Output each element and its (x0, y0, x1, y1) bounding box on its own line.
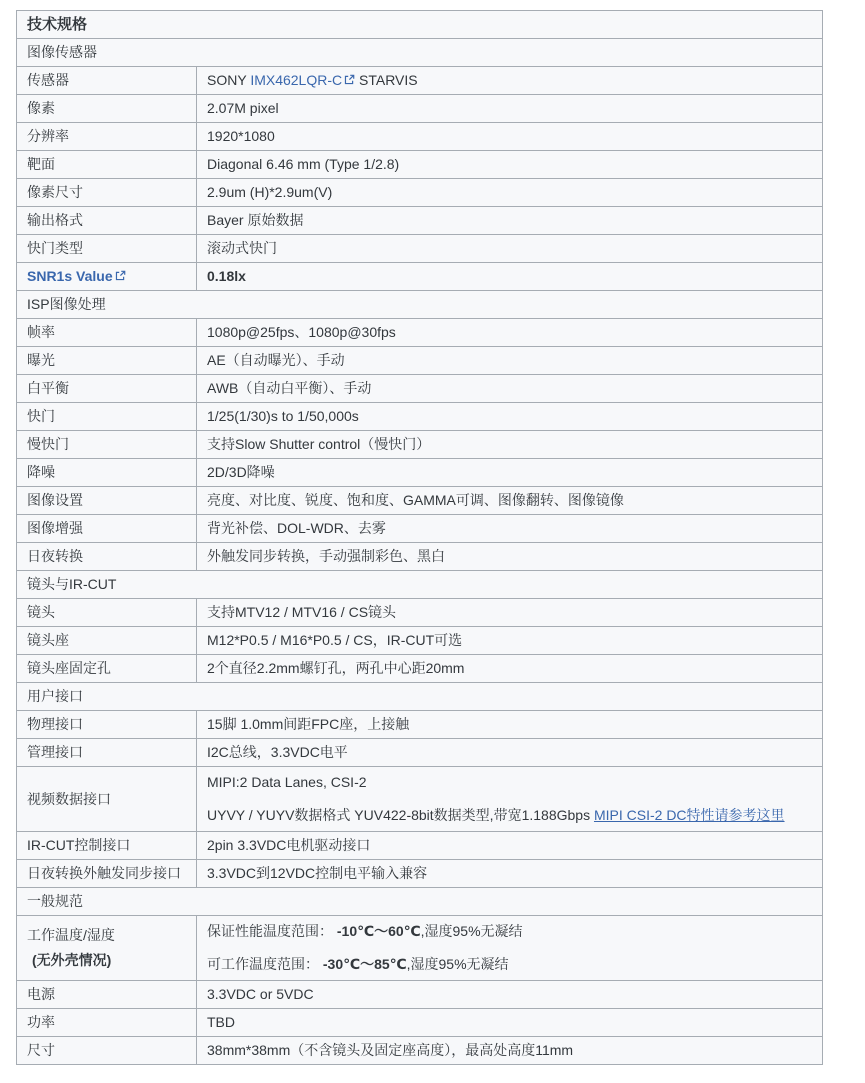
spec-label: 图像增强 (27, 518, 186, 539)
spec-value-cell: 支持MTV12 / MTV16 / CS镜头 (197, 599, 823, 627)
value-text: -10℃～60℃ (337, 923, 421, 939)
value-text: 0.18lx (207, 268, 246, 284)
spec-value-cell: I2C总线，3.3VDC电平 (197, 739, 823, 767)
value-text: 2.9um (H)*2.9um(V) (207, 184, 332, 200)
spec-table-body: 技术规格图像传感器传感器SONY IMX462LQR-C STARVIS像素2.… (17, 11, 823, 1065)
section-header: 图像传感器 (17, 39, 823, 67)
value-line: SONY IMX462LQR-C STARVIS (207, 70, 812, 91)
spec-value-cell: 1/25(1/30)s to 1/50,000s (197, 403, 823, 431)
spec-row: 像素尺寸2.9um (H)*2.9um(V) (17, 179, 823, 207)
external-link-icon (115, 264, 126, 285)
spec-value-cell: 2个直径2.2mm螺钉孔，两孔中心距20mm (197, 655, 823, 683)
spec-label-cell: 图像设置 (17, 487, 197, 515)
value-line: UYVY / YUYV数据格式 YUV422-8bit数据类型,带宽1.188G… (207, 805, 812, 826)
spec-label: 镜头座 (27, 630, 186, 651)
spec-value-cell: AWB（自动白平衡）、手动 (197, 375, 823, 403)
spec-label-link[interactable]: SNR1s Value (27, 268, 126, 284)
spec-label: 镜头座固定孔 (27, 658, 186, 679)
spec-value-cell: SONY IMX462LQR-C STARVIS (197, 67, 823, 95)
value-text: 可工作温度范围： (207, 956, 323, 972)
spec-value-cell: 3.3VDC到12VDC控制电平输入兼容 (197, 860, 823, 888)
spec-value-cell: 15脚 1.0mm间距FPC座，上接触 (197, 711, 823, 739)
section-row: ISP图像处理 (17, 291, 823, 319)
spec-label: 靶面 (27, 154, 186, 175)
spec-value-cell: M12*P0.5 / M16*P0.5 / CS，IR-CUT可选 (197, 627, 823, 655)
value-text: 1080p@25fps、1080p@30fps (207, 324, 396, 340)
value-line: 1/25(1/30)s to 1/50,000s (207, 406, 812, 427)
spec-row: 功率TBD (17, 1009, 823, 1037)
value-line: Bayer 原始数据 (207, 210, 812, 231)
spec-value-cell: 2pin 3.3VDC电机驱动接口 (197, 832, 823, 860)
value-line: 2.9um (H)*2.9um(V) (207, 182, 812, 203)
spec-row: 传感器SONY IMX462LQR-C STARVIS (17, 67, 823, 95)
spec-label-cell: 镜头座 (17, 627, 197, 655)
value-text: ,湿度95%无凝结 (407, 956, 509, 972)
spec-row: 视频数据接口MIPI:2 Data Lanes, CSI-2UYVY / YUY… (17, 767, 823, 832)
spec-label-cell: 靶面 (17, 151, 197, 179)
spec-row: SNR1s Value0.18lx (17, 263, 823, 291)
spec-row: IR-CUT控制接口2pin 3.3VDC电机驱动接口 (17, 832, 823, 860)
value-text: Bayer 原始数据 (207, 212, 303, 228)
value-text: STARVIS (355, 72, 418, 88)
spec-label: 尺寸 (27, 1040, 186, 1061)
spec-row: 降噪2D/3D降噪 (17, 459, 823, 487)
value-line: 支持Slow Shutter control（慢快门） (207, 434, 812, 455)
value-line: 38mm*38mm（不含镜头及固定座高度），最高处高度11mm (207, 1040, 812, 1061)
spec-label-cell: 帧率 (17, 319, 197, 347)
value-text: -30℃～85℃ (323, 956, 407, 972)
spec-label-cell: SNR1s Value (17, 263, 197, 291)
section-row: 图像传感器 (17, 39, 823, 67)
value-line: I2C总线，3.3VDC电平 (207, 742, 812, 763)
value-line: 支持MTV12 / MTV16 / CS镜头 (207, 602, 812, 623)
value-text: 1920*1080 (207, 128, 275, 144)
spec-row: 尺寸38mm*38mm（不含镜头及固定座高度），最高处高度11mm (17, 1037, 823, 1065)
value-line: 2.07M pixel (207, 98, 812, 119)
spec-row: 管理接口I2C总线，3.3VDC电平 (17, 739, 823, 767)
spec-label-cell: 电源 (17, 981, 197, 1009)
section-header: 镜头与IR-CUT (17, 571, 823, 599)
value-text: 滚动式快门 (207, 240, 277, 256)
spec-row: 曝光AE（自动曝光）、手动 (17, 347, 823, 375)
value-line: 2pin 3.3VDC电机驱动接口 (207, 835, 812, 856)
spec-value-cell: 1080p@25fps、1080p@30fps (197, 319, 823, 347)
spec-label: 输出格式 (27, 210, 186, 231)
spec-label: 物理接口 (27, 714, 186, 735)
spec-row: 电源3.3VDC or 5VDC (17, 981, 823, 1009)
spec-label: 视频数据接口 (27, 789, 186, 810)
section-row: 镜头与IR-CUT (17, 571, 823, 599)
value-line: Diagonal 6.46 mm (Type 1/2.8) (207, 154, 812, 175)
spec-label-cell: 快门 (17, 403, 197, 431)
spec-value-cell: 0.18lx (197, 263, 823, 291)
value-text: SONY (207, 72, 250, 88)
spec-value-cell: Diagonal 6.46 mm (Type 1/2.8) (197, 151, 823, 179)
spec-label: 分辨率 (27, 126, 186, 147)
section-header: 用户接口 (17, 683, 823, 711)
value-text: MIPI:2 Data Lanes, CSI-2 (207, 774, 367, 790)
spec-label: 日夜转换 (27, 546, 186, 567)
spec-label-cell: 日夜转换 (17, 543, 197, 571)
spec-label: 工作温度/湿度 (27, 925, 186, 946)
spec-label: 电源 (27, 984, 186, 1005)
value-line: 3.3VDC or 5VDC (207, 984, 812, 1005)
spec-label: 像素尺寸 (27, 182, 186, 203)
value-text: 背光补偿、DOL-WDR、去雾 (207, 520, 386, 536)
value-text: Diagonal 6.46 mm (Type 1/2.8) (207, 156, 399, 172)
spec-row: 日夜转换外触发同步转换，手动强制彩色、黑白 (17, 543, 823, 571)
spec-label-cell: 日夜转换外触发同步接口 (17, 860, 197, 888)
link-text: IMX462LQR-C (250, 72, 342, 88)
spec-label-cell: 图像增强 (17, 515, 197, 543)
spec-value-cell: 3.3VDC or 5VDC (197, 981, 823, 1009)
spec-label-cell: 像素尺寸 (17, 179, 197, 207)
spec-value-cell: 2D/3D降噪 (197, 459, 823, 487)
spec-label-cell: 降噪 (17, 459, 197, 487)
spec-row: 快门1/25(1/30)s to 1/50,000s (17, 403, 823, 431)
spec-row: 图像增强背光补偿、DOL-WDR、去雾 (17, 515, 823, 543)
value-text: 2个直径2.2mm螺钉孔，两孔中心距20mm (207, 660, 464, 676)
spec-label: 快门类型 (27, 238, 186, 259)
spec-row: 白平衡AWB（自动白平衡）、手动 (17, 375, 823, 403)
value-line: 0.18lx (207, 266, 812, 287)
value-text: 2pin 3.3VDC电机驱动接口 (207, 837, 370, 853)
value-line: 2D/3D降噪 (207, 462, 812, 483)
value-line: 15脚 1.0mm间距FPC座，上接触 (207, 714, 812, 735)
spec-label: IR-CUT控制接口 (27, 835, 186, 856)
spec-label-cell: 管理接口 (17, 739, 197, 767)
spec-label-cell: 传感器 (17, 67, 197, 95)
spec-row: 日夜转换外触发同步接口3.3VDC到12VDC控制电平输入兼容 (17, 860, 823, 888)
spec-label: 日夜转换外触发同步接口 (27, 863, 186, 884)
value-text: 支持Slow Shutter control（慢快门） (207, 436, 430, 452)
value-line: M12*P0.5 / M16*P0.5 / CS，IR-CUT可选 (207, 630, 812, 651)
value-line: MIPI:2 Data Lanes, CSI-2 (207, 772, 812, 793)
doc-link[interactable]: MIPI CSI-2 DC特性请参考这里 (594, 807, 785, 823)
value-line: 1080p@25fps、1080p@30fps (207, 322, 812, 343)
spec-label: 帧率 (27, 322, 186, 343)
section-header: ISP图像处理 (17, 291, 823, 319)
spec-label: 降噪 (27, 462, 186, 483)
spec-label: 白平衡 (27, 378, 186, 399)
spec-value-cell: 2.9um (H)*2.9um(V) (197, 179, 823, 207)
external-link-icon (344, 68, 355, 89)
spec-label-note: (无外壳情况) (27, 950, 186, 971)
spec-row: 镜头座固定孔2个直径2.2mm螺钉孔，两孔中心距20mm (17, 655, 823, 683)
spec-row: 靶面Diagonal 6.46 mm (Type 1/2.8) (17, 151, 823, 179)
value-text: 15脚 1.0mm间距FPC座，上接触 (207, 716, 409, 732)
spec-value-cell: 2.07M pixel (197, 95, 823, 123)
value-line: 3.3VDC到12VDC控制电平输入兼容 (207, 863, 812, 884)
value-text: 外触发同步转换，手动强制彩色、黑白 (207, 548, 445, 564)
spec-label: 图像设置 (27, 490, 186, 511)
spec-row: 镜头支持MTV12 / MTV16 / CS镜头 (17, 599, 823, 627)
spec-label: 管理接口 (27, 742, 186, 763)
value-line: 亮度、对比度、锐度、饱和度、GAMMA可调、图像翻转、图像镜像 (207, 490, 812, 511)
spec-value-cell: Bayer 原始数据 (197, 207, 823, 235)
value-text: 1/25(1/30)s to 1/50,000s (207, 408, 359, 424)
spec-row: 图像设置亮度、对比度、锐度、饱和度、GAMMA可调、图像翻转、图像镜像 (17, 487, 823, 515)
spec-row: 物理接口15脚 1.0mm间距FPC座，上接触 (17, 711, 823, 739)
spec-value-cell: AE（自动曝光）、手动 (197, 347, 823, 375)
value-text: 3.3VDC or 5VDC (207, 986, 314, 1002)
spec-row: 快门类型滚动式快门 (17, 235, 823, 263)
value-text: 保证性能温度范围： (207, 923, 337, 939)
title-row: 技术规格 (17, 11, 823, 39)
spec-label: 曝光 (27, 350, 186, 371)
value-text: 38mm*38mm（不含镜头及固定座高度），最高处高度11mm (207, 1042, 573, 1058)
spec-label: 功率 (27, 1012, 186, 1033)
spec-value-cell: 38mm*38mm（不含镜头及固定座高度），最高处高度11mm (197, 1037, 823, 1065)
spec-row: 镜头座M12*P0.5 / M16*P0.5 / CS，IR-CUT可选 (17, 627, 823, 655)
value-text: 3.3VDC到12VDC控制电平输入兼容 (207, 865, 427, 881)
spec-label-cell: 慢快门 (17, 431, 197, 459)
value-text: M12*P0.5 / M16*P0.5 / CS，IR-CUT可选 (207, 632, 462, 648)
table-title: 技术规格 (17, 11, 823, 39)
link-text: MIPI CSI-2 DC特性请参考这里 (594, 807, 785, 823)
value-line: AWB（自动白平衡）、手动 (207, 378, 812, 399)
spec-label: 镜头 (27, 602, 186, 623)
spec-row: 分辨率1920*1080 (17, 123, 823, 151)
value-line: 2个直径2.2mm螺钉孔，两孔中心距20mm (207, 658, 812, 679)
value-line: TBD (207, 1012, 812, 1033)
value-text: 2.07M pixel (207, 100, 279, 116)
value-line: 背光补偿、DOL-WDR、去雾 (207, 518, 812, 539)
spec-row: 工作温度/湿度(无外壳情况)保证性能温度范围： -10℃～60℃,湿度95%无凝… (17, 916, 823, 981)
spec-table: 技术规格图像传感器传感器SONY IMX462LQR-C STARVIS像素2.… (16, 10, 823, 1065)
spec-value-cell: TBD (197, 1009, 823, 1037)
spec-row: 像素2.07M pixel (17, 95, 823, 123)
value-line: 1920*1080 (207, 126, 812, 147)
spec-row: 慢快门支持Slow Shutter control（慢快门） (17, 431, 823, 459)
spec-label-cell: 分辨率 (17, 123, 197, 151)
spec-label-cell: 快门类型 (17, 235, 197, 263)
spec-value-cell: 背光补偿、DOL-WDR、去雾 (197, 515, 823, 543)
value-text: 亮度、对比度、锐度、饱和度、GAMMA可调、图像翻转、图像镜像 (207, 492, 624, 508)
value-line: 滚动式快门 (207, 238, 812, 259)
spec-value-cell: 外触发同步转换，手动强制彩色、黑白 (197, 543, 823, 571)
spec-value-cell: 1920*1080 (197, 123, 823, 151)
value-text: ,湿度95%无凝结 (421, 923, 523, 939)
spec-label: 慢快门 (27, 434, 186, 455)
spec-row: 输出格式Bayer 原始数据 (17, 207, 823, 235)
spec-label-cell: 镜头 (17, 599, 197, 627)
spec-value-cell: 亮度、对比度、锐度、饱和度、GAMMA可调、图像翻转、图像镜像 (197, 487, 823, 515)
section-row: 一般规范 (17, 888, 823, 916)
spec-value-cell: 滚动式快门 (197, 235, 823, 263)
value-text: 支持MTV12 / MTV16 / CS镜头 (207, 604, 396, 620)
spec-label-cell: 输出格式 (17, 207, 197, 235)
spec-value-cell: 保证性能温度范围： -10℃～60℃,湿度95%无凝结可工作温度范围： -30℃… (197, 916, 823, 981)
spec-label-cell: 功率 (17, 1009, 197, 1037)
value-text: AWB（自动白平衡）、手动 (207, 380, 371, 396)
spec-label-cell: 尺寸 (17, 1037, 197, 1065)
external-link[interactable]: IMX462LQR-C (250, 72, 355, 88)
spec-value-cell: MIPI:2 Data Lanes, CSI-2UYVY / YUYV数据格式 … (197, 767, 823, 832)
value-text: I2C总线，3.3VDC电平 (207, 744, 348, 760)
spec-row: 帧率1080p@25fps、1080p@30fps (17, 319, 823, 347)
section-header: 一般规范 (17, 888, 823, 916)
spec-label-cell: 物理接口 (17, 711, 197, 739)
value-line: 外触发同步转换，手动强制彩色、黑白 (207, 546, 812, 567)
value-line: 可工作温度范围： -30℃～85℃,湿度95%无凝结 (207, 954, 812, 975)
spec-label-cell: 工作温度/湿度(无外壳情况) (17, 916, 197, 981)
value-text: UYVY / YUYV数据格式 YUV422-8bit数据类型,带宽1.188G… (207, 807, 594, 823)
spec-label: 快门 (27, 406, 186, 427)
value-text: TBD (207, 1014, 235, 1030)
spec-label-cell: 曝光 (17, 347, 197, 375)
spec-label: 传感器 (27, 70, 186, 91)
value-line: 保证性能温度范围： -10℃～60℃,湿度95%无凝结 (207, 921, 812, 942)
link-text: SNR1s Value (27, 268, 113, 284)
value-text: 2D/3D降噪 (207, 464, 275, 480)
spec-label: 像素 (27, 98, 186, 119)
spec-label-cell: IR-CUT控制接口 (17, 832, 197, 860)
spec-label-cell: 视频数据接口 (17, 767, 197, 832)
section-row: 用户接口 (17, 683, 823, 711)
spec-label-cell: 像素 (17, 95, 197, 123)
value-text: AE（自动曝光）、手动 (207, 352, 345, 368)
spec-label-cell: 白平衡 (17, 375, 197, 403)
spec-value-cell: 支持Slow Shutter control（慢快门） (197, 431, 823, 459)
value-line: AE（自动曝光）、手动 (207, 350, 812, 371)
spec-label-cell: 镜头座固定孔 (17, 655, 197, 683)
